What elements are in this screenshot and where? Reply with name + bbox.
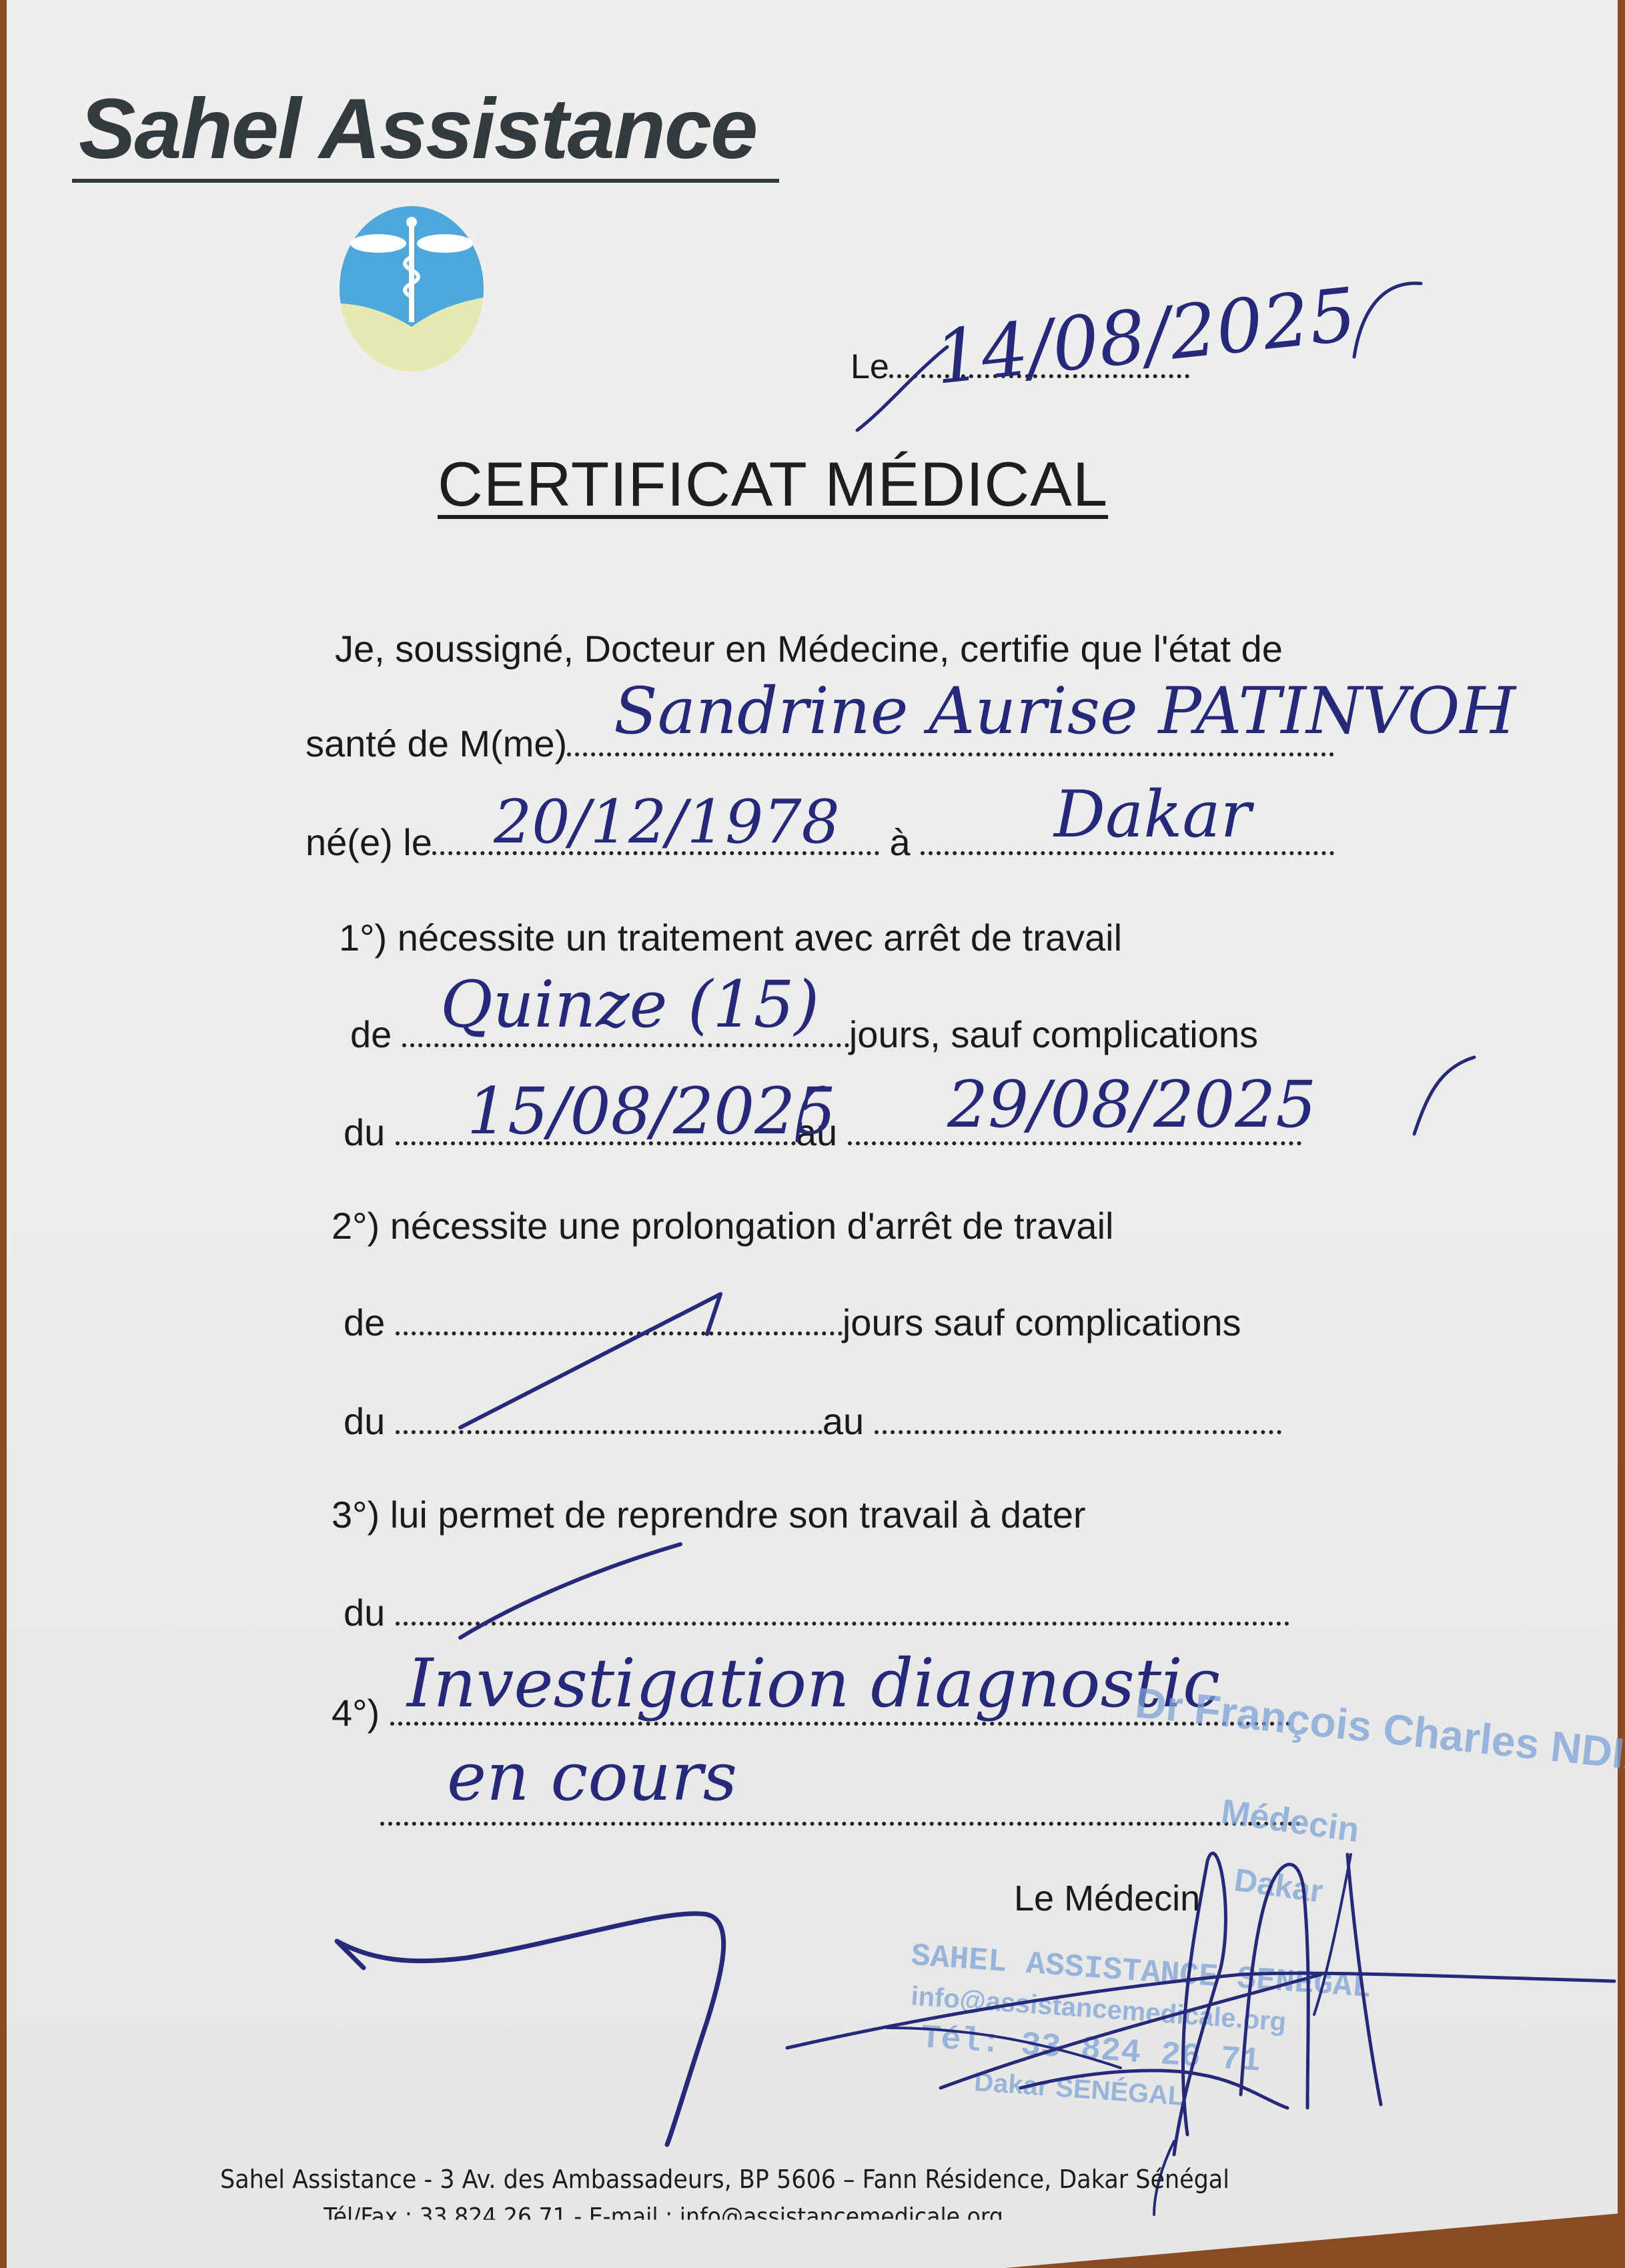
- section2-to-label: au: [823, 1400, 864, 1442]
- section1-days-suffix: jours, sauf complications: [849, 1013, 1258, 1055]
- section2-days-suffix: jours sauf complications: [843, 1301, 1241, 1343]
- section2-period-row: du au: [344, 1399, 1281, 1443]
- section1-days-dotted-line: [402, 1043, 849, 1047]
- section4-handwritten-line2: en cours: [447, 1738, 737, 1816]
- section1-from-label: du: [344, 1111, 385, 1153]
- brand-underline: [72, 179, 779, 183]
- section3-dotted-line: [396, 1622, 1289, 1626]
- section3-date-row: du: [344, 1591, 1289, 1634]
- section3-heading: 3°) lui permet de reprendre son travail …: [332, 1493, 1086, 1536]
- section4-handwritten-line1: Investigation diagnostic: [407, 1644, 1220, 1722]
- section2-to-dotted-line: [875, 1430, 1281, 1434]
- signature-label: Le Médecin: [1014, 1878, 1200, 1919]
- section2-heading: 2°) nécessite une prolongation d'arrêt d…: [332, 1204, 1113, 1247]
- patient-label: santé de M(me): [306, 722, 567, 764]
- section1-to-handwritten: 29/08/2025: [947, 1067, 1316, 1142]
- patient-name-handwritten: Sandrine Aurise PATINVOH: [614, 674, 1516, 748]
- section1-from-handwritten: 15/08/2025: [467, 1074, 836, 1149]
- birth-place-label: à: [889, 821, 910, 863]
- section4-dotted-line-2: [380, 1822, 1301, 1826]
- section1-days-handwritten: Quinze (15): [440, 967, 819, 1042]
- section1-days-prefix: de: [350, 1013, 392, 1055]
- section3-from-label: du: [344, 1592, 385, 1634]
- brand-name: Sahel Assistance: [79, 80, 756, 178]
- section2-from-label: du: [344, 1400, 385, 1442]
- section2-days-dotted-line: [396, 1331, 843, 1335]
- section2-from-dotted-line: [396, 1430, 823, 1434]
- section2-days-row: de jours sauf complications: [344, 1301, 1241, 1344]
- section1-heading: 1°) nécessite un traitement avec arrêt d…: [339, 916, 1122, 959]
- date-label: Le: [851, 348, 889, 386]
- footer-address: Sahel Assistance - 3 Av. des Ambassadeur…: [220, 2165, 1229, 2194]
- caduceus-logo-icon: [337, 203, 487, 374]
- birth-place-handwritten: Dakar: [1054, 777, 1251, 852]
- patient-dotted-line: [567, 752, 1334, 756]
- section4-label: 4°): [332, 1692, 380, 1734]
- birth-date-handwritten: 20/12/1978: [494, 787, 840, 857]
- certificate-title: CERTIFICAT MÉDICAL: [438, 448, 1108, 520]
- birth-label: né(e) le: [306, 821, 432, 863]
- intro-line: Je, soussigné, Docteur en Médecine, cert…: [335, 627, 1283, 670]
- section2-days-prefix: de: [344, 1301, 385, 1343]
